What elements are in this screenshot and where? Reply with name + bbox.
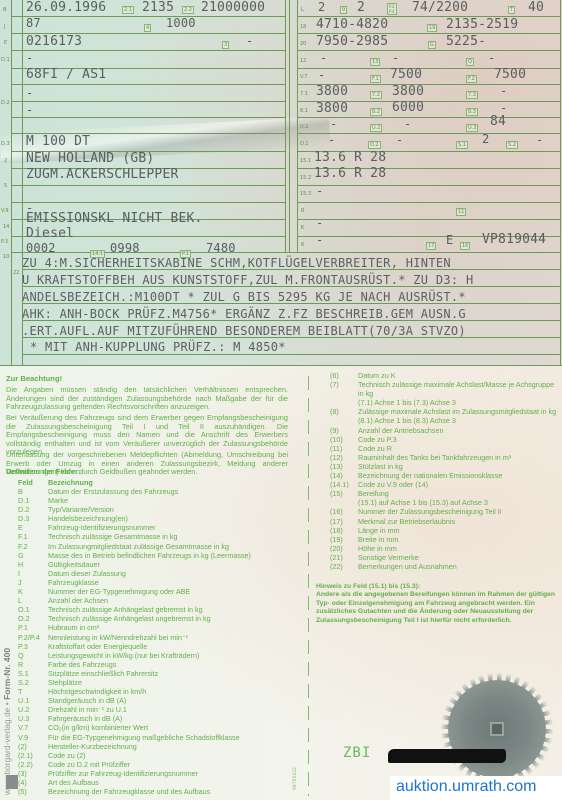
definition-row: U.1Standgeräusch in dB (A) [18, 696, 288, 705]
label-8-3: 8.3 [466, 108, 478, 116]
definition-row: S.1Sitzplätze einschließlich Fahrersitz [18, 669, 288, 678]
tyre-notice: Hinweis zu Feld (15.1) bis (15.3): Ander… [316, 583, 556, 625]
definition-key: (6) [330, 371, 358, 380]
tyres-axle1: 13.6 R 28 [314, 150, 386, 165]
definition-row: (9)Anzahl der Antriebsachsen [330, 426, 560, 435]
definition-key [330, 498, 358, 507]
driving-noise: 84 [490, 114, 506, 129]
label-7-2: 7.2 [370, 91, 382, 99]
definition-row: (10)Code zu P.3 [330, 435, 560, 444]
definition-row: (7.1) Achse 1 bis (7.3) Achse 3 [330, 398, 560, 407]
definition-key: (7) [330, 380, 358, 398]
seats: 2 [482, 132, 489, 146]
definition-row: F.2Im Zulassungmitgliedstaat zulässige G… [18, 542, 288, 551]
definition-text: Technisch zulässige Anhängelast gebremst… [48, 605, 203, 614]
redacted-serial-number [388, 749, 506, 763]
definition-key: K [18, 587, 48, 596]
label-f1: F.1 [370, 75, 381, 83]
definition-row: (13)Stützlast in kg [330, 462, 560, 471]
axle1-permitted-load: 3800 [316, 101, 348, 116]
definition-row: THöchstgeschwindigkeit in km/h [18, 687, 288, 696]
divider-line [308, 376, 309, 796]
definition-key: (21) [330, 553, 358, 562]
definition-row: KNummer der EG-Typgenehmigung oder ABE [18, 587, 288, 596]
definition-text: Code zu R [358, 444, 392, 453]
definition-key: (2.2) [18, 760, 48, 769]
definition-row: (12)Rauminhalt des Tanks bei Tankfahrzeu… [330, 453, 560, 462]
definition-row: GMasse des in Betrieb befindlichen Fahrz… [18, 551, 288, 560]
type-approval-date: - [316, 233, 323, 247]
definition-row: (15.1) auf Achse 1 bis (15.3) auf Achse … [330, 498, 560, 507]
axle2-permitted-load: 6000 [392, 100, 424, 115]
definition-row: (15)Bereifung [330, 489, 560, 498]
printer-code: 98765432 [293, 660, 303, 790]
document-series: ZBI [343, 745, 371, 761]
definition-text: Kraftstoffart oder Energiequelle [48, 642, 147, 651]
definition-text: (15.1) auf Achse 1 bis (15.3) auf Achse … [358, 498, 488, 507]
definition-row: (3)Prüfziffer zur Fahrzeug-Identifizieru… [18, 769, 288, 778]
definition-row: (11)Code zu R [330, 444, 560, 453]
definition-text: (7.1) Achse 1 bis (7.3) Achse 3 [358, 398, 456, 407]
label-s2: S.2 [506, 141, 518, 149]
definition-key: (12) [330, 453, 358, 462]
definition-text: Nummer der EG-Typgenehmigung oder ABE [48, 587, 190, 596]
unbraked-trailer-load: - [396, 133, 403, 147]
label-9: 9 [340, 6, 347, 14]
fuel-code: 0002 [26, 241, 56, 255]
label-o1: O.1 [300, 141, 309, 147]
definition-text: Fahrzeugklasse [48, 578, 99, 587]
definition-text: Für die EG-Typgenehmigung maßgebliche Sc… [48, 733, 240, 742]
definition-key: (19) [330, 535, 358, 544]
definition-text: Sitzplätze einschließlich Fahrersitz [48, 669, 158, 678]
definition-row: U.3Fahrgeräusch in dB (A) [18, 714, 288, 723]
definition-key: (2) [18, 742, 48, 751]
definition-text: Anzahl der Achsen [48, 596, 108, 605]
manufacturer-code: 2135 [142, 0, 174, 15]
definition-key: J [18, 578, 48, 587]
definition-row: LAnzahl der Achsen [18, 596, 288, 605]
definition-text: Zulässige maximale Achslast im Zulassung… [358, 407, 556, 416]
definition-row: HGültigkeitsdauer [18, 560, 288, 569]
emission-code: 0998 [110, 241, 140, 255]
definition-text: Hubraum in cm³ [48, 623, 99, 632]
definition-text: Hersteller-Kurzbezeichnung [48, 742, 137, 751]
label-22: 22 [13, 270, 19, 276]
operating-permit-feature: E [446, 233, 453, 247]
remark-line: ANDELSBEZEICH.:M100DT * ZUL G BIS 5295 K… [22, 290, 466, 304]
definition-key: (14) [330, 471, 358, 480]
definition-row: (22)Bemerkungen und Ausnahmen [330, 562, 560, 571]
label-4: 4 [144, 24, 151, 32]
definition-key: U.2 [18, 705, 48, 714]
label-g: G [428, 41, 436, 49]
tyres-axle3: - [316, 184, 323, 198]
definition-key: P.1 [18, 623, 48, 632]
definition-text: Typ/Variante/Version [48, 505, 114, 514]
label-q: Q [466, 58, 474, 66]
publisher-imprint: www.borgard-verlag.de • Form-Nr. 400 [2, 630, 16, 795]
label-12: 12 [300, 58, 306, 64]
axle3-permitted-load: - [500, 101, 507, 115]
definition-row: U.2Drehzahl in min⁻¹ zu U.1 [18, 705, 288, 714]
definitions-header-row: FeldBezeichnung [18, 478, 288, 487]
brand: - [26, 51, 33, 65]
type-variant: - [26, 86, 33, 100]
definition-text: Stützlast in kg [358, 462, 403, 471]
definition-row: P.2/P.4Nennleistung in kW/Nenndrehzahl b… [18, 633, 288, 642]
label-8-1: 8.1 [300, 108, 308, 114]
definition-key: F.2 [18, 542, 48, 551]
definition-text: Breite in mm [358, 535, 398, 544]
label-13: 13 [370, 58, 380, 66]
label-2-2: 2.2 [182, 6, 194, 14]
label-20: 20 [300, 41, 306, 47]
check-digit: - [246, 34, 253, 48]
number-of-axles: 2 [318, 0, 325, 14]
vehicle-class-body: ZUGM.ACKERSCHLEPPER [26, 167, 179, 182]
definition-row: V.9Für die EG-Typgenehmigung maßgebliche… [18, 733, 288, 742]
definition-row: (17)Merkmal zur Betriebserlaubnis [330, 517, 560, 526]
definition-row: (14)Bezeichnung der nationalen Emissions… [330, 471, 560, 480]
definition-key: O.1 [18, 605, 48, 614]
definition-row: D.3Handelsbezeichnung(en) [18, 514, 288, 523]
definition-key: G [18, 551, 48, 560]
definition-text: Fahrzeug-Identifizierungsnummer [48, 523, 155, 532]
definition-key: (14.1) [330, 480, 358, 489]
definition-row: O.1Technisch zulässige Anhängelast gebre… [18, 605, 288, 614]
remark-line: .ERT.AUFL.AUF MITZUFÜHREND BESONDEREM BE… [22, 324, 466, 338]
first-registration-date: 26.09.1996 [26, 0, 106, 15]
definition-row: RFarbe des Fahrzeugs [18, 660, 288, 669]
definition-text: Länge in mm [358, 526, 400, 535]
definition-key: V.7 [18, 723, 48, 732]
definition-key: D.3 [18, 514, 48, 523]
definition-key [330, 398, 358, 407]
definition-text: Marke [48, 496, 68, 505]
noise-rpm: - [404, 117, 411, 131]
definition-row: S.2Stehplätze [18, 678, 288, 687]
definition-key: (4) [18, 778, 48, 787]
definition-key: P.2/P.4 [18, 633, 48, 642]
definition-key: D.2 [18, 505, 48, 514]
form-number: Form-Nr. 400 [2, 648, 12, 700]
technical-gross-mass: 7500 [390, 67, 422, 82]
remark-line: * MIT ANH-KUPPLUNG PRÜFZ.: M 4850* [30, 340, 286, 354]
label-11: 11 [456, 208, 466, 216]
definition-text: Bemerkungen und Ausnahmen [358, 562, 457, 571]
label-u3: U.3 [466, 124, 478, 132]
definition-text: Technisch zulässige Gesamtmasse in kg [48, 532, 177, 541]
tyre-notice-text: Andere als die angegebenen Bereifungen k… [316, 591, 556, 625]
trade-name: M 100 DT [26, 134, 90, 149]
definition-key: I [18, 569, 48, 578]
label-v7: V.7 [300, 74, 308, 80]
height-mm: 7950-2985 [316, 34, 388, 49]
definition-key: E [18, 523, 48, 532]
definition-key: Q [18, 651, 48, 660]
col-bezeichnung: Bezeichnung [48, 478, 93, 487]
label-17: 17 [426, 242, 436, 250]
max-speed: 40 [528, 0, 544, 15]
definition-key: (3) [18, 769, 48, 778]
definition-key: B [18, 487, 48, 496]
width-mm: 2135-2519 [446, 17, 518, 32]
definition-row: P.3Kraftstoffart oder Energiequelle [18, 642, 288, 651]
definition-text: Drehzahl in min⁻¹ zu U.1 [48, 705, 127, 714]
definition-row: IDatum dieser Zulassung [18, 569, 288, 578]
power-weight: - [488, 51, 495, 65]
definition-key: (17) [330, 517, 358, 526]
definition-key: T [18, 687, 48, 696]
definition-key [330, 416, 358, 425]
type-code: 21000000 [201, 0, 265, 15]
definition-text: Bereifung [358, 489, 389, 498]
displacement: 7480 [206, 241, 236, 255]
label-p2-p4: P.2 P.4 [387, 3, 397, 15]
definition-key: (13) [330, 462, 358, 471]
definition-row: (20)Höhe in mm [330, 544, 560, 553]
vehicle-registration-form: B 26.09.1996 2.1 2135 2.2 21000000 J 87 … [0, 0, 562, 366]
standing-places: - [536, 133, 543, 147]
axle3-tech-load: - [500, 84, 507, 98]
definition-row: (16)Nummer der Zulassungsbescheinigung T… [330, 507, 560, 516]
label-15-1: 15.1 [300, 158, 311, 164]
tank-volume: - [320, 51, 327, 65]
publisher-logo-icon [6, 775, 18, 789]
definition-key: U.3 [18, 714, 48, 723]
definition-key: (5) [18, 787, 48, 796]
notice-paragraph-1: Die Angaben müssen ständig den tatsächli… [6, 386, 288, 412]
definition-row: F.1Technisch zulässige Gesamtmasse in kg [18, 532, 288, 541]
label-2: 2 [4, 158, 7, 164]
definition-key: (11) [330, 444, 358, 453]
remark-line: AHK: ANH-BOCK PRÜFZ.M4756* ERGÄNZ Z.FZ B… [22, 307, 466, 321]
definition-text: Art des Aufbaus [48, 778, 99, 787]
definition-text: Leistungsgewicht in kW/kg (nur bei Kraft… [48, 651, 199, 660]
definition-key: S.2 [18, 678, 48, 687]
definition-text: (8.1) Achse 1 bis (8.3) Achse 3 [358, 416, 456, 425]
definition-key: U.1 [18, 696, 48, 705]
national-emission-class: EMISSIONSKL NICHT BEK. [26, 211, 203, 226]
label-f2: F.2 [466, 75, 477, 83]
definition-text: Masse des in Betrieb befindlichen Fahrze… [48, 551, 251, 560]
label-e: E [4, 40, 7, 46]
definition-row: (14.1)Code zu V.9 oder (14) [330, 480, 560, 489]
definition-text: Bezeichnung der nationalen Emissionsklas… [358, 471, 502, 480]
label-18: 18 [300, 24, 306, 30]
definition-row: (6)Datum zu K [330, 371, 560, 380]
tyres-axle2: 13.6 R 28 [314, 166, 386, 181]
definition-text: Standgeräusch in dB (A) [48, 696, 126, 705]
definition-row: (7)Technisch zulässige maximale Achslast… [330, 380, 560, 398]
definition-row: (5)Bezeichnung der Fahrzeugklasse und de… [18, 787, 288, 796]
definition-text: Datum dieser Zulassung [48, 569, 126, 578]
fuel-type: Diesel [26, 226, 74, 241]
definition-key: (22) [330, 562, 358, 571]
definition-row: (8)Zulässige maximale Achslast im Zulass… [330, 407, 560, 416]
definition-key: L [18, 596, 48, 605]
definition-text: Anzahl der Antriebsachsen [358, 426, 444, 435]
body-type: 1000 [166, 16, 196, 30]
label-d2: D.2 [1, 100, 10, 106]
definition-row: D.2Typ/Variante/Version [18, 505, 288, 514]
label-u1: U.1 [300, 124, 308, 130]
remark-line: U KRAFTSTOFFBEH AUS KUNSTSTOFF,ZUL M.FRO… [22, 273, 473, 287]
definition-key: V.9 [18, 733, 48, 742]
length-mm: 4710-4820 [316, 17, 388, 32]
co2-value: - [318, 68, 325, 82]
definition-key: D.1 [18, 496, 48, 505]
label-3: 3 [222, 41, 229, 49]
definition-row: P.1Hubraum in cm³ [18, 623, 288, 632]
label-d3: D.3 [1, 141, 10, 147]
definition-key: (18) [330, 526, 358, 535]
label-2-1: 2.1 [122, 6, 134, 14]
power-rpm: 74/2200 [412, 0, 468, 15]
definition-text: Gültigkeitsdauer [48, 560, 100, 569]
definition-text: Nummer der Zulassungsbescheinigung Teil … [358, 507, 502, 516]
definition-text: Sonstige Vermerke [358, 553, 419, 562]
definitions-list-right: (6)Datum zu K(7)Technisch zulässige maxi… [330, 371, 560, 571]
label-5: 5 [4, 183, 7, 189]
definition-text: Stehplätze [48, 678, 82, 687]
label-s1: S.1 [456, 141, 468, 149]
definition-text: Code zu (2) [48, 751, 86, 760]
tyre-notice-heading: Hinweis zu Feld (15.1) bis (15.3): [316, 583, 556, 591]
definition-key: O.2 [18, 614, 48, 623]
definition-row: (21)Sonstige Vermerke [330, 553, 560, 562]
label-15-2: 15.2 [300, 175, 311, 181]
label-p3: P.3 [1, 239, 8, 245]
definition-row: (8.1) Achse 1 bis (8.3) Achse 3 [330, 416, 560, 425]
definition-text: Code zu P.3 [358, 435, 397, 444]
label-7-3: 7.3 [466, 91, 478, 99]
axle2-tech-load: 3800 [392, 84, 424, 99]
label-6: 6 [301, 242, 304, 248]
definition-row: JFahrzeugklasse [18, 578, 288, 587]
definitions-heading: Definition der Felder: [6, 468, 288, 477]
definition-text: CO₂(in g/km) kombinierter Wert [48, 723, 148, 732]
brand-line2: 68FI / AS1 [26, 67, 106, 82]
definition-row: (2.1)Code zu (2) [18, 751, 288, 760]
definition-text: Im Zulassungmitgliedstaat zulässige Gesa… [48, 542, 229, 551]
definition-row: QLeistungsgewicht in kW/kg (nur bei Kraf… [18, 651, 288, 660]
definition-text: Fahrgeräusch in dB (A) [48, 714, 122, 723]
definition-key: (16) [330, 507, 358, 516]
empty-mass: 5225- [446, 34, 486, 49]
label-10: 10 [3, 254, 9, 260]
definition-text: Farbe des Fahrzeugs [48, 660, 116, 669]
definition-text: Code zu D.2 mit Prüfziffer [48, 760, 130, 769]
manufacturer: NEW HOLLAND (GB) [26, 151, 154, 166]
type-variant-line2: - [26, 103, 33, 117]
definition-row: (19)Breite in mm [330, 535, 560, 544]
label-j: J [4, 24, 5, 30]
definition-text: Prüfziffer zur Fahrzeug-Identifizierungs… [48, 769, 198, 778]
label-b: B [3, 7, 6, 13]
label-v9: V.9 [1, 208, 9, 214]
permitted-gross-mass: 7500 [494, 67, 526, 82]
definition-text: Datum der Erstzulassung des Fahrzeugs [48, 487, 178, 496]
definition-text: Datum zu K [358, 371, 396, 380]
definition-text: Höhe in mm [358, 544, 397, 553]
label-14: 14 [3, 224, 9, 230]
label-7-1: 7.1 [300, 91, 308, 97]
definition-text: Merkmal zur Betriebserlaubnis [358, 517, 455, 526]
definition-key: (20) [330, 544, 358, 553]
label-15-3: 15.3 [300, 191, 311, 197]
driven-axles: 2 [357, 0, 365, 15]
definition-key: F.1 [18, 532, 48, 541]
definition-row: (2)Hersteller-Kurzbezeichnung [18, 742, 288, 751]
definition-key: R [18, 660, 48, 669]
definition-text: Nennleistung in kW/Nenndrehzahl bei min⁻… [48, 633, 188, 642]
definitions-list-left: BDatum der Erstzulassung des FahrzeugsD.… [18, 487, 288, 796]
label-d1: D.1 [1, 57, 10, 63]
definition-text: Rauminhalt des Tanks bei Tankfahrzeugen … [358, 453, 511, 462]
label-l: L [301, 7, 304, 13]
definition-row: BDatum der Erstzulassung des Fahrzeugs [18, 487, 288, 496]
label-u2: U.2 [370, 124, 382, 132]
standing-noise: - [330, 117, 337, 131]
definition-row: V.7CO₂(in g/km) kombinierter Wert [18, 723, 288, 732]
part-two-number: VP819044 [482, 232, 546, 247]
type-approval-number: - [316, 216, 323, 230]
label-r: R [301, 208, 304, 214]
definition-key: (9) [330, 426, 358, 435]
watermark-text: auktion.umrath.com [390, 776, 562, 800]
definition-text: Höchstgeschwindigkeit in km/h [48, 687, 146, 696]
definition-key: S.1 [18, 669, 48, 678]
label-t: T [508, 6, 515, 14]
definition-row: (18)Länge in mm [330, 526, 560, 535]
definition-text: Handelsbezeichnung(en) [48, 514, 128, 523]
definition-key: (15) [330, 489, 358, 498]
support-load: - [392, 51, 399, 65]
definition-row: (2.2)Code zu D.2 mit Prüfziffer [18, 760, 288, 769]
definition-row: O.2Technisch zulässige Anhängelast ungeb… [18, 614, 288, 623]
definition-text: Technisch zulässige maximale Achslast/Ma… [358, 380, 560, 398]
label-16: 16 [460, 242, 470, 250]
definition-text: Code zu V.9 oder (14) [358, 480, 428, 489]
definition-key: (10) [330, 435, 358, 444]
definition-row: EFahrzeug-Identifizierungsnummer [18, 523, 288, 532]
definition-key: H [18, 560, 48, 569]
definition-key: P.3 [18, 642, 48, 651]
col-feld: Feld [18, 478, 48, 487]
definition-row: (4)Art des Aufbaus [18, 778, 288, 787]
notice-heading: Zur Beachtung! [6, 375, 288, 384]
label-k: K [301, 225, 304, 231]
definition-key: (2.1) [18, 751, 48, 760]
seal-center [490, 722, 504, 736]
braked-trailer-load: - [328, 133, 335, 147]
definition-text: Technisch zulässige Anhängelast ungebrem… [48, 614, 211, 623]
definition-row: D.1Marke [18, 496, 288, 505]
label-8-2: 8.2 [370, 108, 382, 116]
remark-line: ZU 4:M.SICHERHEITSKABINE SCHM,KOTFLÜGELV… [22, 256, 451, 270]
vehicle-id-number: 0216173 [26, 34, 82, 49]
label-o2: O.2 [368, 141, 381, 149]
vehicle-class: 87 [26, 16, 41, 30]
label-19: 19 [427, 24, 437, 32]
definition-text: Bezeichnung der Fahrzeugklasse und des A… [48, 787, 210, 796]
axle1-tech-load: 3800 [316, 84, 348, 99]
definition-key: (8) [330, 407, 358, 416]
